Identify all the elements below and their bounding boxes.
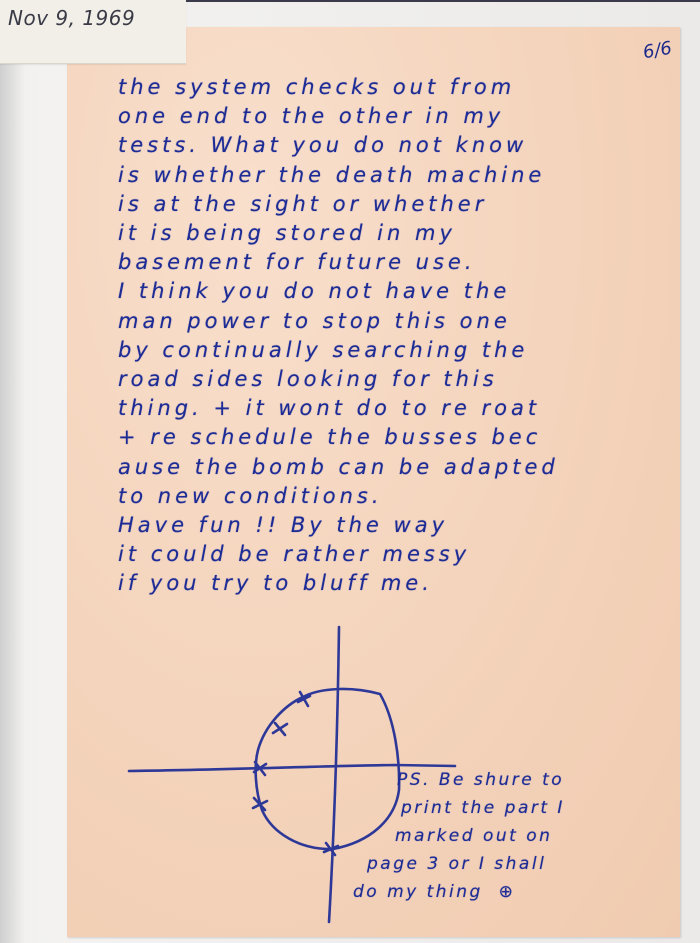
vertical-axis — [329, 627, 339, 922]
postscript: PS. Be shure to print the part I marked … — [395, 766, 655, 906]
ps-last-line: do my thing — [353, 882, 483, 902]
ps-line: do my thing ⊕ — [353, 878, 655, 906]
ps-line: marked out on — [395, 822, 655, 850]
x-marks — [253, 692, 338, 855]
ps-line: page 3 or I shall — [367, 850, 655, 878]
ps-line: PS. Be shure to — [395, 766, 655, 794]
crossed-circle-icon: ⊕ — [499, 882, 516, 902]
ps-line: print the part I — [395, 794, 655, 822]
